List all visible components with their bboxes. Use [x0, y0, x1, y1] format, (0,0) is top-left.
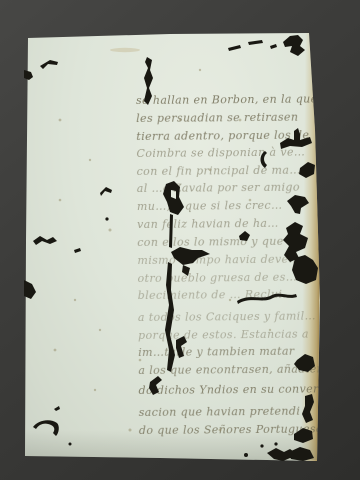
manuscript-line: se hallan en Borbon, en la que — [136, 92, 318, 110]
handwritten-text-block: se hallan en Borbon, en la que les persu… — [0, 0, 360, 480]
manuscript-line: mismo tiempo havia deve… — [137, 253, 300, 270]
manuscript-line: blecimiento de … Reclui… — [138, 288, 294, 305]
manuscript-line: do dichos Yndios en su conver — [138, 382, 318, 400]
manuscript-line: otro pueblo gruesa de es… — [138, 271, 298, 288]
manuscript-line: im…tarle y tambien matar — [138, 345, 294, 362]
manuscript-line: do que los Señores Portugueses — [139, 422, 329, 440]
manuscript-line: tierra adentro, porque los de — [136, 129, 309, 147]
manuscript-line: con ellos lo mismo y que el — [137, 235, 298, 252]
manuscript-line: a todos los Caciques y famil… — [138, 309, 316, 327]
manuscript-page: se hallan en Borbon, en la que les persu… — [0, 0, 360, 480]
manuscript-line: Coimbra se disponian à ve… — [136, 146, 305, 163]
manuscript-line: mu…, y que si les crec… — [137, 199, 283, 216]
manuscript-photo: se hallan en Borbon, en la que les persu… — [0, 0, 360, 480]
manuscript-line: les persuadian se retirasen — [136, 111, 298, 128]
manuscript-line: a los que encontrasen, añadien — [138, 362, 324, 380]
manuscript-line: al …o Zavala por ser amigo — [137, 181, 300, 198]
manuscript-line: van feliz havian de ha… — [137, 217, 279, 234]
manuscript-line: porque de estos. Estancias a — [138, 328, 309, 345]
manuscript-line: con el fin principal de ma… — [137, 164, 301, 181]
manuscript-line: sacion que havian pretendi — [139, 405, 301, 422]
